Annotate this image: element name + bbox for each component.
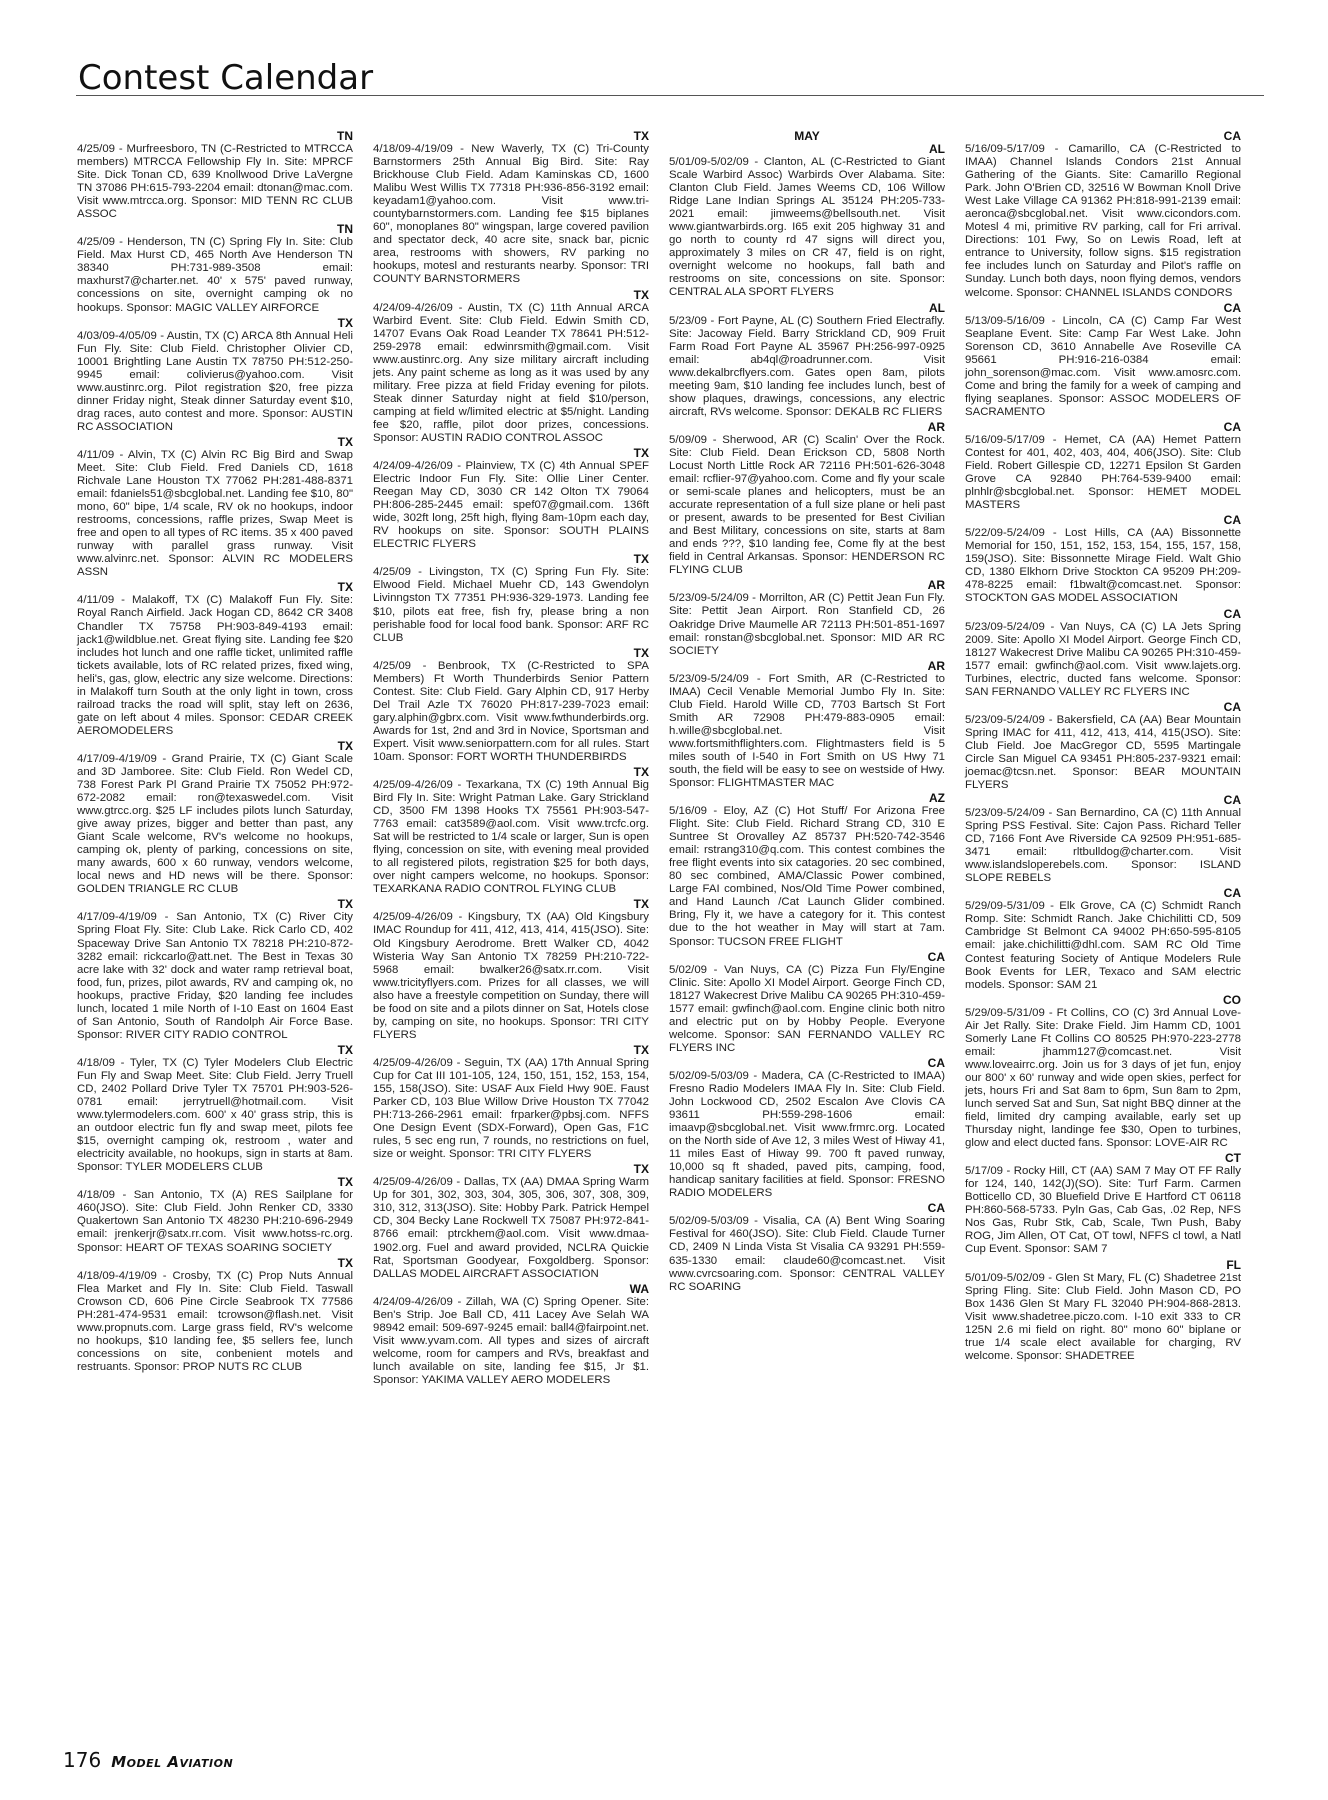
contest-entry: 4/17/09-4/19/09 - San Antonio, TX (C) Ri…: [77, 911, 353, 1041]
state-heading: CA: [965, 514, 1241, 527]
state-heading: CA: [965, 608, 1241, 621]
state-heading: TX: [373, 447, 649, 460]
state-heading: TX: [373, 130, 649, 143]
contest-entry: 4/24/09-4/26/09 - Zillah, WA (C) Spring …: [373, 1296, 649, 1387]
state-heading: TX: [373, 766, 649, 779]
contest-entry: 5/23/09-5/24/09 - Van Nuys, CA (C) LA Je…: [965, 621, 1241, 699]
state-heading: AR: [669, 660, 945, 673]
column-3: MAY AL5/01/09-5/02/09 - Clanton, AL (C-R…: [669, 130, 945, 1389]
contest-entry: 5/17/09 - Rocky Hill, CT (AA) SAM 7 May …: [965, 1165, 1241, 1256]
title-rule: [76, 95, 1264, 96]
contest-entry: 5/09/09 - Sherwood, AR (C) Scalin' Over …: [669, 434, 945, 578]
state-heading: AL: [669, 143, 945, 156]
state-heading: TX: [77, 740, 353, 753]
contest-entry: 5/23/09-5/24/09 - Fort Smith, AR (C-Rest…: [669, 673, 945, 790]
contest-entry: 5/02/09-5/03/09 - Madera, CA (C-Restrict…: [669, 1070, 945, 1200]
state-heading: TX: [373, 553, 649, 566]
contest-entry: 5/23/09-5/24/09 - Morrilton, AR (C) Pett…: [669, 592, 945, 657]
contest-entry: 5/01/09-5/02/09 - Clanton, AL (C-Restric…: [669, 156, 945, 300]
contest-entry: 4/25/09 - Henderson, TN (C) Spring Fly I…: [77, 236, 353, 314]
contest-entry: 5/29/09-5/31/09 - Ft Collins, CO (C) 3rd…: [965, 1007, 1241, 1151]
state-heading: TX: [373, 647, 649, 660]
contest-entry: 4/11/09 - Alvin, TX (C) Alvin RC Big Bir…: [77, 449, 353, 579]
contest-entry: 4/25/09-4/26/09 - Seguin, TX (AA) 17th A…: [373, 1057, 649, 1161]
month-heading: MAY: [669, 130, 945, 143]
contest-entry: 4/24/09-4/26/09 - Austin, TX (C) 11th An…: [373, 302, 649, 446]
calendar-columns: TN4/25/09 - Murfreesboro, TN (C-Restrict…: [77, 130, 1262, 1389]
contest-entry: 4/18/09 - Tyler, TX (C) Tyler Modelers C…: [77, 1057, 353, 1174]
contest-entry: 4/18/09 - San Antonio, TX (A) RES Sailpl…: [77, 1189, 353, 1254]
contest-entry: 5/02/09-5/03/09 - Visalia, CA (A) Bent W…: [669, 1215, 945, 1293]
state-heading: AL: [669, 302, 945, 315]
contest-entry: 5/01/09-5/02/09 - Glen St Mary, FL (C) S…: [965, 1272, 1241, 1363]
state-heading: TX: [77, 581, 353, 594]
contest-entry: 5/16/09 - Eloy, AZ (C) Hot Stuff/ For Ar…: [669, 805, 945, 949]
contest-entry: 5/23/09-5/24/09 - Bakersfield, CA (AA) B…: [965, 714, 1241, 792]
contest-entry: 5/16/09-5/17/09 - Camarillo, CA (C-Restr…: [965, 143, 1241, 300]
state-heading: TX: [373, 1044, 649, 1057]
column-2: TX4/18/09-4/19/09 - New Waverly, TX (C) …: [373, 130, 649, 1389]
state-heading: CA: [965, 421, 1241, 434]
contest-entry: 5/23/09-5/24/09 - San Bernardino, CA (C)…: [965, 807, 1241, 885]
state-heading: TN: [77, 130, 353, 143]
contest-entry: 4/25/09 - Benbrook, TX (C-Restricted to …: [373, 660, 649, 764]
state-heading: TX: [77, 1257, 353, 1270]
state-heading: TX: [77, 317, 353, 330]
page-number: 176: [63, 1748, 101, 1772]
state-heading: TX: [77, 1176, 353, 1189]
state-heading: CA: [965, 794, 1241, 807]
state-heading: AR: [669, 421, 945, 434]
column-1: TN4/25/09 - Murfreesboro, TN (C-Restrict…: [77, 130, 353, 1389]
magazine-logo: Model Aviation: [111, 1753, 233, 1771]
state-heading: TX: [77, 1044, 353, 1057]
state-heading: CA: [965, 887, 1241, 900]
column-4: CA5/16/09-5/17/09 - Camarillo, CA (C-Res…: [965, 130, 1241, 1389]
state-heading: TX: [373, 289, 649, 302]
state-heading: TX: [373, 898, 649, 911]
contest-entry: 4/25/09 - Murfreesboro, TN (C-Restricted…: [77, 143, 353, 221]
contest-entry: 5/22/09-5/24/09 - Lost Hills, CA (AA) Bi…: [965, 527, 1241, 605]
state-heading: CA: [965, 302, 1241, 315]
contest-entry: 5/16/09-5/17/09 - Hemet, CA (AA) Hemet P…: [965, 434, 1241, 512]
state-heading: CA: [669, 1057, 945, 1070]
state-heading: AR: [669, 579, 945, 592]
state-heading: CT: [965, 1152, 1241, 1165]
state-heading: TX: [373, 1163, 649, 1176]
contest-entry: 4/11/09 - Malakoff, TX (C) Malakoff Fun …: [77, 594, 353, 738]
contest-entry: 5/23/09 - Fort Payne, AL (C) Southern Fr…: [669, 315, 945, 419]
page-footer: 176 Model Aviation: [63, 1748, 233, 1772]
contest-entry: 4/25/09-4/26/09 - Kingsbury, TX (AA) Old…: [373, 911, 649, 1041]
page-title: Contest Calendar: [78, 58, 373, 98]
state-heading: CA: [965, 701, 1241, 714]
state-heading: CA: [669, 1202, 945, 1215]
contest-entry: 4/17/09-4/19/09 - Grand Prairie, TX (C) …: [77, 753, 353, 897]
state-heading: CA: [965, 130, 1241, 143]
contest-entry: 5/13/09-5/16/09 - Lincoln, CA (C) Camp F…: [965, 315, 1241, 419]
state-heading: AZ: [669, 792, 945, 805]
state-heading: CA: [669, 951, 945, 964]
contest-entry: 4/24/09-4/26/09 - Plainview, TX (C) 4th …: [373, 460, 649, 551]
contest-entry: 5/02/09 - Van Nuys, CA (C) Pizza Fun Fly…: [669, 964, 945, 1055]
contest-entry: 4/18/09-4/19/09 - New Waverly, TX (C) Tr…: [373, 143, 649, 287]
state-heading: TX: [77, 898, 353, 911]
contest-entry: 4/18/09-4/19/09 - Crosby, TX (C) Prop Nu…: [77, 1270, 353, 1374]
contest-entry: 4/25/09-4/26/09 - Dallas, TX (AA) DMAA S…: [373, 1176, 649, 1280]
state-heading: CO: [965, 994, 1241, 1007]
contest-entry: 4/25/09 - Livingston, TX (C) Spring Fun …: [373, 566, 649, 644]
state-heading: TN: [77, 223, 353, 236]
contest-entry: 4/03/09-4/05/09 - Austin, TX (C) ARCA 8t…: [77, 330, 353, 434]
state-heading: FL: [965, 1259, 1241, 1272]
contest-entry: 4/25/09-4/26/09 - Texarkana, TX (C) 19th…: [373, 779, 649, 896]
state-heading: TX: [77, 436, 353, 449]
contest-entry: 5/29/09-5/31/09 - Elk Grove, CA (C) Schm…: [965, 900, 1241, 991]
state-heading: WA: [373, 1283, 649, 1296]
